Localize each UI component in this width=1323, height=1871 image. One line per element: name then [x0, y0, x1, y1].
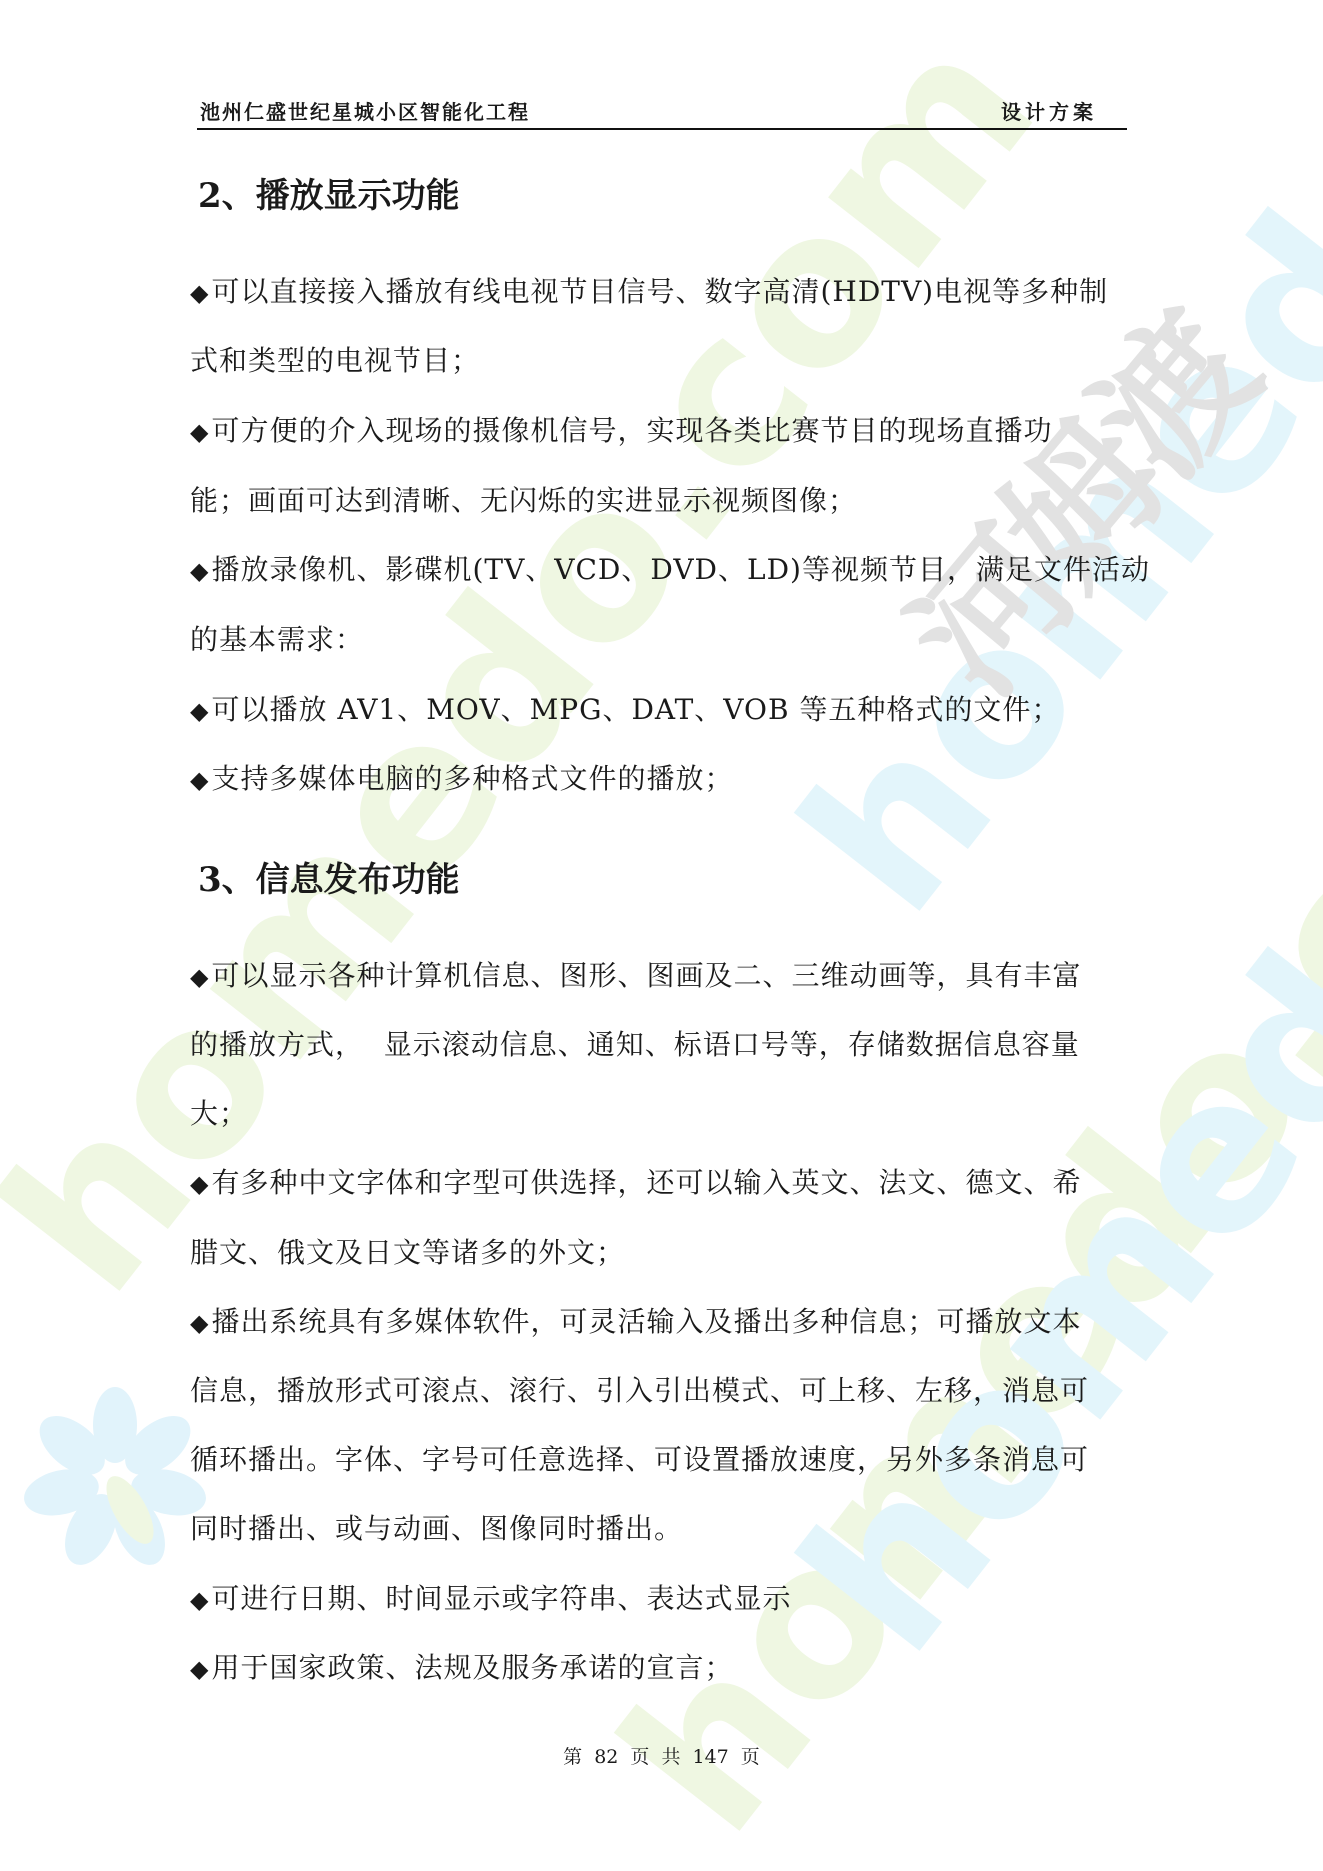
line-text: 可方便的介入现场的摄像机信号，实现各类比赛节目的现场直播功 [211, 414, 1052, 447]
paragraph-line: ◆有多种中文字体和字型可供选择，还可以输入英文、法文、德文、希 [190, 1166, 1081, 1201]
diamond-bullet-icon: ◆ [190, 697, 209, 725]
watermark-hemudu: 河姆渡 [853, 265, 1292, 730]
line-text: 播放录像机、影碟机(TV、VCD、DVD、LD)等视频节目，满足文件活动 [211, 553, 1150, 586]
line-text: 能；画面可达到清晰、无闪烁的实进显示视频图像； [190, 484, 857, 517]
paragraph-line: 式和类型的电视节目； [190, 344, 480, 378]
section-heading-playback: 2、播放显示功能 [198, 176, 460, 216]
line-text: 有多种中文字体和字型可供选择，还可以输入英文、法文、德文、希 [211, 1166, 1081, 1199]
line-text: 循环播出。字体、字号可任意选择、可设置播放速度，另外多条消息可 [190, 1443, 1089, 1476]
line-text: 大； [190, 1097, 248, 1130]
paragraph-line: ◆可以直接接入播放有线电视节目信号、数字高清(HDTV)电视等多种制 [190, 275, 1108, 310]
diamond-bullet-icon: ◆ [190, 1586, 209, 1614]
diamond-bullet-icon: ◆ [190, 557, 209, 585]
line-text: 同时播出、或与动画、图像同时播出。 [190, 1512, 683, 1545]
line-text: 的播放方式， 显示滚动信息、通知、标语口号等，存储数据信息容量 [190, 1028, 1080, 1061]
paragraph-line: ◆可以播放 AV1、MOV、MPG、DAT、VOB 等五种格式的文件； [190, 693, 1060, 728]
paragraph-line: ◆用于国家政策、法规及服务承诺的宣言； [190, 1651, 733, 1686]
diamond-bullet-icon: ◆ [190, 279, 209, 307]
project-title: 池州仁盛世纪星城小区智能化工程 [200, 96, 530, 125]
paragraph-line: ◆可进行日期、时间显示或字符串、表达式显示 [190, 1582, 791, 1617]
section-heading-info-publishing: 3、信息发布功能 [198, 860, 460, 900]
diamond-bullet-icon: ◆ [190, 418, 209, 446]
paragraph-line: ◆支持多媒体电脑的多种格式文件的播放； [190, 762, 733, 797]
diamond-bullet-icon: ◆ [190, 1655, 209, 1683]
doc-type: 设计方案 [1001, 96, 1097, 125]
line-text: 腊文、俄文及日文等诸多的外文； [190, 1236, 625, 1269]
paragraph-line: ◆播放录像机、影碟机(TV、VCD、DVD、LD)等视频节目，满足文件活动 [190, 553, 1150, 588]
paragraph-line: 能；画面可达到清晰、无闪烁的实进显示视频图像； [190, 484, 857, 518]
watermark-homedo-green: homedo.com [0, 0, 1082, 1336]
line-text: 可以直接接入播放有线电视节目信号、数字高清(HDTV)电视等多种制 [211, 275, 1108, 308]
paragraph-line: 的基本需求： [190, 623, 364, 657]
page-number-footer: 第 82 页 共 147 页 [0, 1742, 1323, 1769]
line-text: 式和类型的电视节目； [190, 344, 480, 377]
line-text: 信息，播放形式可滚点、滚行、引入引出模式、可上移、左移，消息可 [190, 1374, 1089, 1407]
flower-logo-icon [15, 1380, 215, 1580]
diamond-bullet-icon: ◆ [190, 963, 209, 991]
watermark-homedo-blue: homedo.com [755, 0, 1323, 956]
diamond-bullet-icon: ◆ [190, 1170, 209, 1198]
line-text: 的基本需求： [190, 623, 364, 656]
line-text: 支持多媒体电脑的多种格式文件的播放； [211, 762, 733, 795]
paragraph-line: 信息，播放形式可滚点、滚行、引入引出模式、可上移、左移，消息可 [190, 1374, 1089, 1408]
line-text: 可以显示各种计算机信息、图形、图画及二、三维动画等，具有丰富 [211, 959, 1081, 992]
watermark-homedo-blue-2: homedo.com [755, 349, 1323, 1695]
paragraph-line: 的播放方式， 显示滚动信息、通知、标语口号等，存储数据信息容量 [190, 1028, 1080, 1062]
paragraph-line: 同时播出、或与动画、图像同时播出。 [190, 1512, 683, 1546]
paragraph-line: 大； [190, 1097, 248, 1131]
diamond-bullet-icon: ◆ [190, 766, 209, 794]
page-header: 池州仁盛世纪星城小区智能化工程 设计方案 [197, 96, 1127, 130]
paragraph-line: 循环播出。字体、字号可任意选择、可设置播放速度，另外多条消息可 [190, 1443, 1089, 1477]
paragraph-line: ◆可以显示各种计算机信息、图形、图画及二、三维动画等，具有丰富 [190, 959, 1081, 994]
line-text: 可进行日期、时间显示或字符串、表达式显示 [211, 1582, 791, 1615]
line-text: 用于国家政策、法规及服务承诺的宣言； [211, 1651, 733, 1684]
paragraph-line: ◆播出系统具有多媒体软件，可灵活输入及播出多种信息；可播放文本 [190, 1305, 1081, 1340]
paragraph-line: 腊文、俄文及日文等诸多的外文； [190, 1236, 625, 1270]
diamond-bullet-icon: ◆ [190, 1309, 209, 1337]
line-text: 可以播放 AV1、MOV、MPG、DAT、VOB 等五种格式的文件； [211, 693, 1060, 726]
paragraph-line: ◆可方便的介入现场的摄像机信号，实现各类比赛节目的现场直播功 [190, 414, 1052, 449]
line-text: 播出系统具有多媒体软件，可灵活输入及播出多种信息；可播放文本 [211, 1305, 1081, 1338]
